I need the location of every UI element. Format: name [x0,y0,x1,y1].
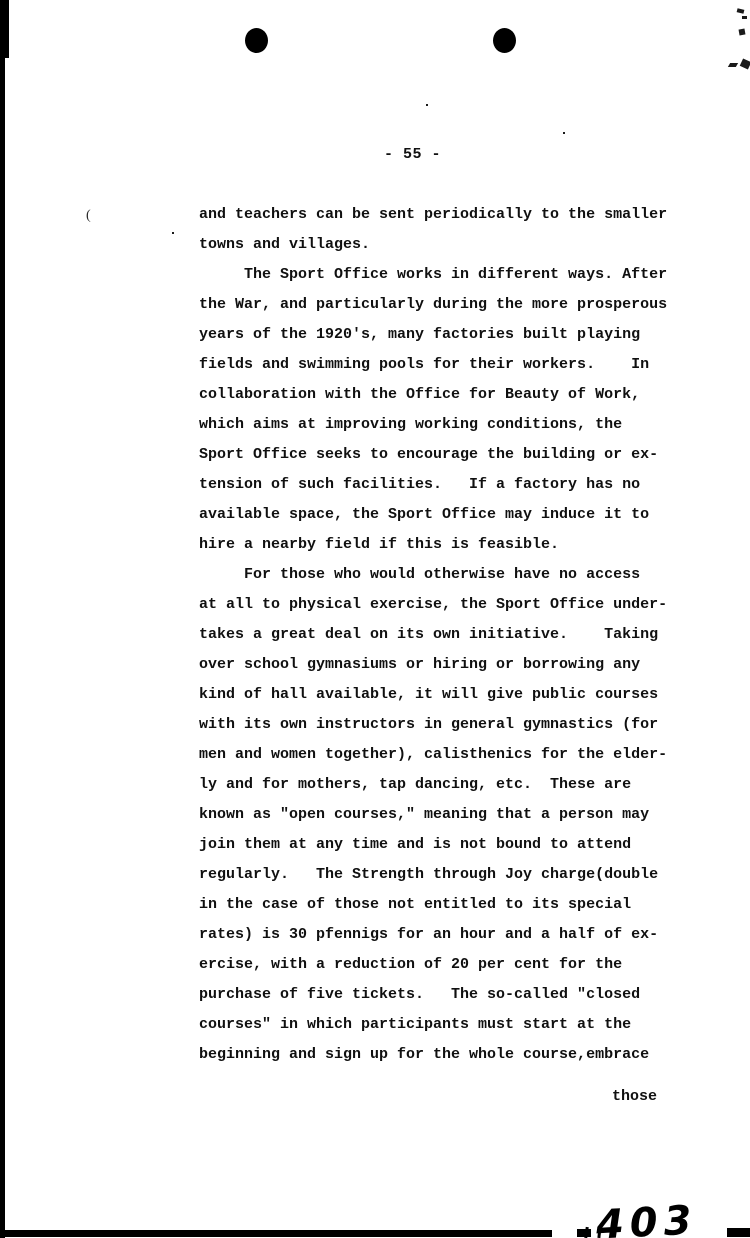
catchword: those [612,1088,657,1106]
text-line: regularly. The Strength through Joy char… [199,860,699,890]
text-line: the War, and particularly during the mor… [199,290,699,320]
text-line: kind of hall available, it will give pub… [199,680,699,710]
text-line: For those who would otherwise have no ac… [199,560,699,590]
text-line: rates) is 30 pfennigs for an hour and a … [199,920,699,950]
scan-smudge [728,63,738,67]
scan-smudge [740,58,750,69]
hole-punch-left [245,28,268,53]
text-line: over school gymnasiums or hiring or borr… [199,650,699,680]
text-line: years of the 1920's, many factories buil… [199,320,699,350]
page-number: - 55 - [384,146,441,164]
scan-edge-bottom-left [0,1230,552,1237]
scan-edge-left-top [0,0,9,58]
text-line: known as "open courses," meaning that a … [199,800,699,830]
text-line: fields and swimming pools for their work… [199,350,699,380]
text-line: tension of such facilities. If a factory… [199,470,699,500]
scanned-page: - 55 - ( and teachers can be sent period… [0,0,750,1238]
text-line: collaboration with the Office for Beauty… [199,380,699,410]
text-line: courses" in which participants must star… [199,1010,699,1040]
scan-smudge [737,8,745,14]
scan-edge-bottom-right [727,1228,750,1237]
handwritten-folio-number: 403 [595,1200,698,1238]
hole-punch-right [493,28,516,53]
scan-noise-dot [563,132,565,134]
text-line: The Sport Office works in different ways… [199,260,699,290]
scan-smudge [739,29,746,36]
text-line: available space, the Sport Office may in… [199,500,699,530]
text-line: men and women together), calisthenics fo… [199,740,699,770]
text-line: towns and villages. [199,230,699,260]
text-line: and teachers can be sent periodically to… [199,200,699,230]
text-line: ly and for mothers, tap dancing, etc. Th… [199,770,699,800]
scan-noise-dot [172,232,174,234]
text-line: at all to physical exercise, the Sport O… [199,590,699,620]
scan-edge-left [0,0,5,1238]
scan-smudge [742,16,747,19]
text-line: join them at any time and is not bound t… [199,830,699,860]
text-line: in the case of those not entitled to its… [199,890,699,920]
text-line: with its own instructors in general gymn… [199,710,699,740]
text-line: beginning and sign up for the whole cour… [199,1040,699,1070]
text-line: ercise, with a reduction of 20 per cent … [199,950,699,980]
scan-noise-dot [426,104,428,106]
text-line: takes a great deal on its own initiative… [199,620,699,650]
text-line: which aims at improving working conditio… [199,410,699,440]
typewritten-text-block: and teachers can be sent periodically to… [199,200,699,1070]
text-line: purchase of five tickets. The so-called … [199,980,699,1010]
margin-stray-mark: ( [86,208,91,224]
text-line: hire a nearby field if this is feasible. [199,530,699,560]
text-line: Sport Office seeks to encourage the buil… [199,440,699,470]
